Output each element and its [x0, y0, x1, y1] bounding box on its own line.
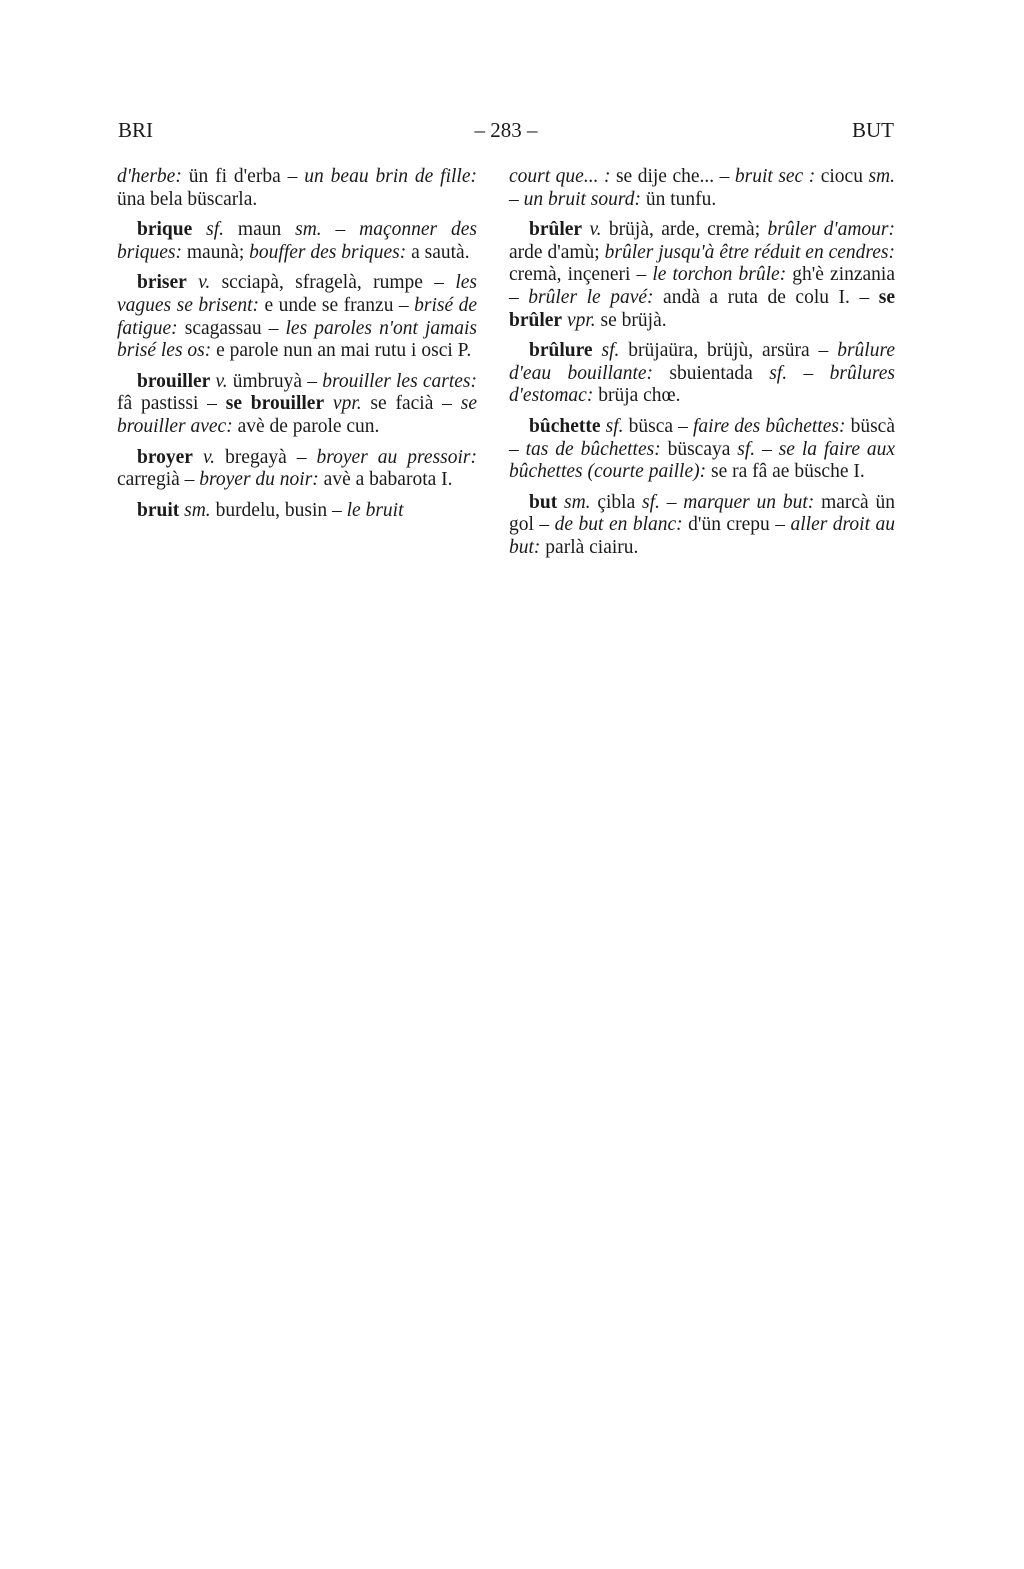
- translation-text: ciocu: [815, 166, 868, 187]
- translation-text: se brüjà.: [596, 310, 667, 331]
- italic-text: le torchon brûle:: [652, 264, 786, 285]
- entry-continuation: court que... : se dije che... – bruit se…: [509, 166, 895, 211]
- italic-text: sm.: [557, 492, 590, 513]
- italic-text: broyer du noir:: [199, 469, 319, 490]
- translation-text: –: [322, 219, 360, 240]
- translation-text: carregià –: [117, 469, 199, 490]
- dictionary-entry-bruit: bruit sm. burdelu, busin – le bruit: [117, 500, 477, 523]
- dictionary-entry-brique: brique sf. maun sm. – maçonner des briqu…: [117, 219, 477, 264]
- left-column: d'herbe: ün fi d'erba – un beau brin de …: [117, 166, 477, 530]
- header-guide-word-right: BUT: [852, 118, 894, 143]
- italic-text: marquer un but:: [683, 492, 814, 513]
- italic-text: sf.: [737, 439, 755, 460]
- translation-text: –: [660, 492, 683, 513]
- dictionary-entry-broyer: broyer v. bregayà – broyer au pressoir: …: [117, 447, 477, 492]
- page-number: – 283 –: [118, 118, 894, 143]
- headword: se brouiller: [226, 393, 324, 414]
- headword: bûchette: [529, 416, 601, 437]
- translation-text: bregayà –: [215, 447, 316, 468]
- italic-text: v.: [582, 219, 601, 240]
- italic-text: bruit sec :: [735, 166, 815, 187]
- dictionary-entry-brûler: brûler v. brüjà, arde, cremà; brûler d'a…: [509, 219, 895, 332]
- translation-text: büscaya: [661, 439, 738, 460]
- translation-text: parlà ciairu.: [540, 537, 638, 558]
- italic-text: v.: [210, 371, 227, 392]
- headword: brique: [137, 219, 192, 240]
- dictionary-entry-but: but sm. çibla sf. – marquer un but: marc…: [509, 492, 895, 560]
- translation-text: d'ün crepu –: [683, 514, 791, 535]
- italic-text: de but en blanc:: [555, 514, 683, 535]
- italic-text: le bruit: [347, 500, 404, 521]
- translation-text: arde d'amù;: [509, 242, 605, 263]
- headword: brûlure: [529, 340, 593, 361]
- italic-text: broyer au pressoir:: [317, 447, 477, 468]
- italic-text: sm.: [295, 219, 322, 240]
- italic-text: faire des bûchettes:: [693, 416, 845, 437]
- headword: broyer: [137, 447, 193, 468]
- translation-text: ümbruyà –: [228, 371, 323, 392]
- translation-text: ün fi d'erba –: [182, 166, 304, 187]
- translation-text: –: [787, 363, 830, 384]
- translation-text: scciapà, sfragelà, rumpe –: [210, 272, 455, 293]
- italic-text: sf.: [601, 416, 624, 437]
- translation-text: sbuientada: [653, 363, 769, 384]
- headword: brouiller: [137, 371, 210, 392]
- italic-text: vpr.: [324, 393, 362, 414]
- italic-text: un beau brin de fille:: [304, 166, 477, 187]
- dictionary-entry-brûlure: brûlure sf. brüjaüra, brüjù, arsüra – br…: [509, 340, 895, 408]
- translation-text: se ra fâ ae büsche I.: [706, 461, 865, 482]
- headword: but: [529, 492, 557, 513]
- italic-text: brûler d'amour:: [768, 219, 895, 240]
- translation-text: –: [755, 439, 779, 460]
- entry-continuation: d'herbe: ün fi d'erba – un beau brin de …: [117, 166, 477, 211]
- running-header: BRI – 283 – BUT: [118, 118, 894, 148]
- dictionary-entry-brouiller: brouiller v. ümbruyà – brouiller les car…: [117, 371, 477, 439]
- translation-text: brüja chœ.: [593, 385, 680, 406]
- translation-text: üna bela büscarla.: [117, 189, 257, 210]
- headword: brûler: [529, 219, 582, 240]
- italic-text: sf.: [593, 340, 620, 361]
- translation-text: ün tunfu.: [641, 189, 716, 210]
- italic-text: brûler jusqu'à être réduit en cendres:: [605, 242, 895, 263]
- dictionary-entry-bûchette: bûchette sf. büsca – faire des bûchettes…: [509, 416, 895, 484]
- italic-text: bouffer des briques:: [249, 242, 406, 263]
- translation-text: andà a ruta de colu I. –: [654, 287, 879, 308]
- italic-text: tas de bûchettes:: [526, 439, 661, 460]
- italic-text: vpr.: [562, 310, 596, 331]
- translation-text: çibla: [591, 492, 643, 513]
- headword: bruit: [137, 500, 179, 521]
- italic-text: sm.: [868, 166, 895, 187]
- italic-text: sm.: [179, 500, 210, 521]
- translation-text: cremà, inçeneri –: [509, 264, 652, 285]
- translation-text: e unde se franzu –: [259, 295, 414, 316]
- translation-text: maunà;: [182, 242, 249, 263]
- translation-text: burdelu, busin –: [211, 500, 347, 521]
- translation-text: se facià –: [362, 393, 461, 414]
- translation-text: avè de parole cun.: [233, 416, 380, 437]
- translation-text: fâ pastissi –: [117, 393, 226, 414]
- italic-text: court que... :: [509, 166, 610, 187]
- translation-text: –: [509, 189, 524, 210]
- translation-text: a sautà.: [406, 242, 469, 263]
- italic-text: d'herbe:: [117, 166, 182, 187]
- italic-text: sf.: [192, 219, 224, 240]
- italic-text: brûler le pavé:: [528, 287, 653, 308]
- italic-text: sf.: [769, 363, 787, 384]
- headword: briser: [137, 272, 187, 293]
- right-column: court que... : se dije che... – bruit se…: [509, 166, 895, 568]
- italic-text: v.: [187, 272, 210, 293]
- translation-text: scagassau –: [178, 318, 286, 339]
- translation-text: e parole nun an mai rutu i osci P.: [211, 340, 471, 361]
- translation-text: se dije che... –: [610, 166, 734, 187]
- italic-text: sf.: [642, 492, 660, 513]
- italic-text: v.: [193, 447, 215, 468]
- dictionary-entry-briser: briser v. scciapà, sfragelà, rumpe – les…: [117, 272, 477, 362]
- translation-text: brüjaüra, brüjù, arsüra –: [619, 340, 837, 361]
- italic-text: brouiller les cartes:: [322, 371, 477, 392]
- translation-text: avè a babarota I.: [319, 469, 453, 490]
- translation-text: büsca –: [624, 416, 694, 437]
- translation-text: maun: [224, 219, 295, 240]
- italic-text: un bruit sourd:: [524, 189, 641, 210]
- translation-text: brüjà, arde, cremà;: [602, 219, 768, 240]
